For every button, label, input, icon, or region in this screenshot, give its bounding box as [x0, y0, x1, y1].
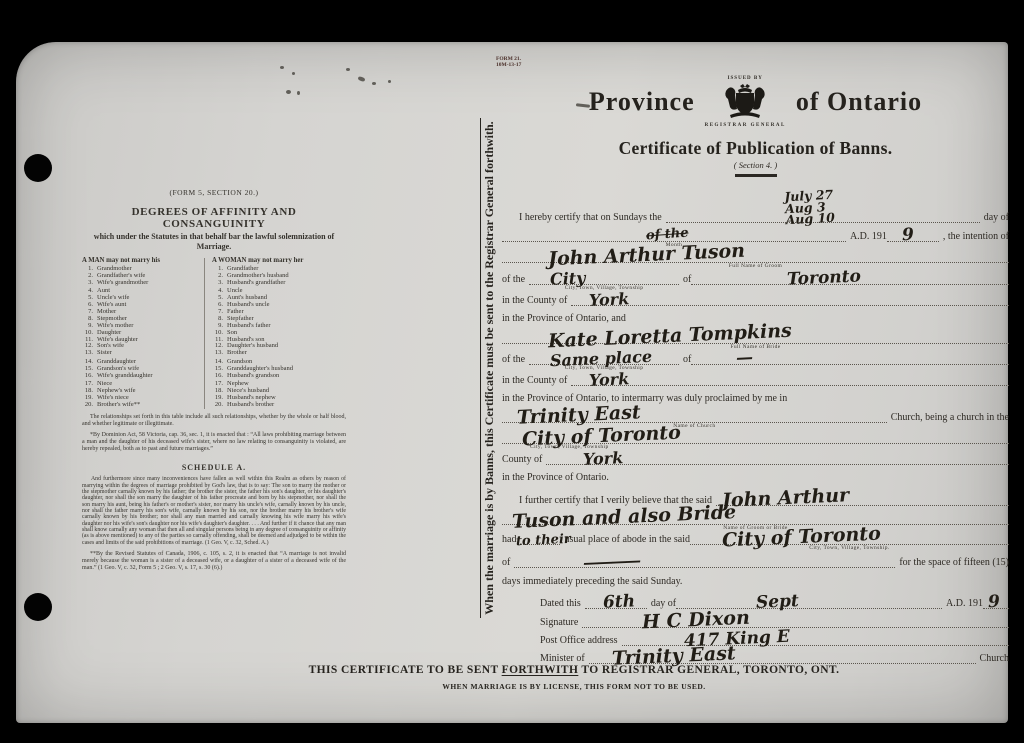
footer-forthwith-underlined: FORTHWITH — [502, 664, 579, 676]
handwritten-year: 9 — [988, 594, 1001, 612]
abode-line: had to their usual place of abode in the… — [502, 532, 1009, 545]
printed-text: for the space of fifteen (15) — [895, 557, 1009, 568]
relationships-note: The relationships set forth in this tabl… — [82, 414, 346, 427]
ink-speck — [280, 66, 284, 69]
list-item-label: Wife's grandmother — [97, 280, 148, 287]
days-preceding-line: days immediately preceding the said Sund… — [502, 574, 1009, 587]
printed-text: in the Province of Ontario, to intermarr… — [502, 393, 791, 404]
printed-text: of — [502, 557, 514, 568]
list-item-number: 20. — [212, 402, 223, 409]
minister-line: Minister of Trinity East Church — [502, 651, 1009, 664]
printed-text: of the — [502, 274, 529, 285]
printed-text: Signature — [540, 617, 582, 628]
handwritten-sunday-dates: July 27 Aug 3 Aug 10 — [784, 188, 835, 225]
said-person-field: John Arthur — [716, 492, 1009, 506]
groom-name-line: John Arthur Tuson Full Name of Groom — [502, 250, 1009, 263]
bride-place-name-field: — — [691, 351, 1009, 365]
day-field: 6th — [585, 595, 647, 609]
bride-place-line: of the Same place City, Town, Village, T… — [502, 352, 1009, 365]
list-item: 13. Sister — [82, 350, 204, 357]
county-line-2: in the County of York — [502, 373, 1009, 386]
list-item: 13. Brother — [212, 350, 346, 357]
list-item: 3. Wife's grandmother — [82, 280, 204, 287]
handwritten-place-name: Toronto — [786, 268, 861, 288]
minister-church-field: Trinity East — [589, 650, 976, 664]
certificate-title: Certificate of Publication of Banns. — [502, 138, 1009, 159]
punch-hole-top — [24, 154, 52, 182]
printed-text: in the Province of Ontario, and — [502, 313, 630, 324]
printed-text: A.D. 191 — [942, 598, 983, 609]
ink-speck — [286, 90, 291, 94]
year-digit-field: 9 — [983, 595, 1009, 609]
certify-line: I hereby certify that on Sundays the Jul… — [502, 210, 1009, 223]
handwritten-date-3: Aug 10 — [785, 211, 835, 225]
groom-place-line: of the City City, Town, Village, Townshi… — [502, 272, 1009, 285]
handwritten-month: Sept — [756, 593, 800, 612]
printed-text: of — [679, 354, 691, 365]
document-page: (FORM 5, SECTION 20.) DEGREES OF AFFINIT… — [16, 42, 1008, 723]
month-field: of the Month — [502, 228, 846, 242]
footer-instructions: THIS CERTIFICATE TO BE SENT FORTHWITH TO… — [300, 664, 848, 691]
ink-speck — [297, 91, 300, 95]
handwritten-county: York — [588, 291, 629, 309]
handwritten-long-dash: ———— — [583, 553, 640, 571]
church-line: Trinity East Name of Church Church, bein… — [502, 410, 1009, 423]
abode-pronoun-field: to their — [520, 531, 560, 545]
schedule-a-text: And furthermore since many inconvenience… — [82, 476, 346, 546]
list-item-number: 16. — [212, 373, 223, 380]
footer-text: TO REGISTRAR GENERAL, TORONTO, ONT. — [581, 664, 839, 676]
groom-name-field: John Arthur Tuson Full Name of Groom — [502, 249, 1009, 263]
woman-column-header: A WOMAN may not marry her — [212, 258, 346, 265]
registrar-general-label: REGISTRAR GENERAL — [705, 123, 786, 128]
month-field: Sept — [676, 595, 942, 609]
sunday-dates-field: July 27 Aug 3 Aug 10 — [666, 209, 980, 223]
punch-hole-bottom — [24, 593, 52, 621]
abode-field-label: City, Town, Village, Township. — [690, 545, 1009, 551]
printed-text: Church, being a church in the — [887, 412, 1009, 423]
scanned-document-background: (FORM 5, SECTION 20.) DEGREES OF AFFINIT… — [0, 0, 1024, 743]
print-code-line: 10M-13-17 — [496, 62, 521, 68]
church-city-field: City of Toronto City, Town, Village, Tow… — [502, 430, 1009, 444]
list-item-number: 3. — [212, 280, 223, 287]
footer-line-2: WHEN MARRIAGE IS BY LICENSE, THIS FORM N… — [300, 682, 848, 691]
county-field: York — [571, 292, 1009, 306]
title-dash-rule — [735, 174, 777, 177]
list-item-number: 3. — [82, 280, 93, 287]
signature-field: H C Dixon — [582, 614, 1009, 628]
printed-text: County of — [502, 454, 546, 465]
certificate-of-banns: FORM 21. 10M-13-17 Province ISSUED BY — [502, 60, 1009, 177]
list-item-label: Brother — [227, 350, 247, 357]
form-reference: (FORM 5, SECTION 20.) — [82, 188, 346, 197]
bride-name-line: Kate Loretta Tompkins Full Name of Bride — [502, 331, 1009, 344]
list-item: 16. Husband's grandson — [212, 373, 346, 380]
handwritten-county: York — [588, 371, 629, 389]
church-city-line: City of Toronto City, Town, Village, Tow… — [502, 431, 1009, 444]
church-name-field: Trinity East Name of Church — [502, 409, 887, 423]
post-office-line: Post Office address 417 King E — [502, 633, 1009, 646]
of-ontario-word: of Ontario — [796, 87, 922, 117]
handwritten-dash: — — [735, 350, 753, 368]
county-line-3: County of York — [502, 452, 1009, 465]
section-reference: ( Section 4. ) — [502, 160, 1009, 170]
ink-speck — [292, 72, 295, 75]
list-item-number: 20. — [82, 402, 93, 409]
province-word: Province — [589, 87, 695, 117]
abode-place-field: City of Toronto City, Town, Village, Tow… — [690, 531, 1009, 545]
schedule-a-title: SCHEDULE A. — [82, 463, 346, 472]
degrees-title: DEGREES OF AFFINITY AND CONSANGUINITY — [82, 206, 346, 230]
printed-text: day of — [980, 212, 1009, 223]
printed-text: I hereby certify that on Sundays the — [502, 212, 666, 223]
signature-line: Signature H C Dixon — [502, 615, 1009, 628]
list-item-label: Brother's wife** — [97, 402, 140, 409]
man-column-header: A MAN may not marry his — [82, 258, 204, 265]
side-note-vertical: When the marriage is by Banns, this Cert… — [480, 118, 499, 618]
list-item-label: Husband's brother — [227, 402, 274, 409]
bride-name-field: Kate Loretta Tompkins Full Name of Bride — [502, 330, 1009, 344]
handwritten-their: to their — [516, 533, 571, 548]
form-number: FORM 21. 10M-13-17 — [496, 56, 521, 68]
degrees-subtitle: which under the Statutes in that behalf … — [82, 232, 346, 251]
handwritten-said-person: John Arthur — [721, 486, 849, 511]
dominion-act-note: *By Dominion Act, 58 Victoria, cap. 36, … — [82, 432, 346, 452]
county-field: York — [571, 372, 1009, 386]
ad-year-line: of the Month A.D. 191 9 , the intention … — [502, 229, 1009, 242]
groom-or-bride-field: Tuson and also Bride Name of Groom or Br… — [502, 511, 1009, 525]
revised-statutes-note: **By the Revised Statutes of Canada, 190… — [82, 551, 346, 571]
handwritten-county: York — [583, 450, 624, 468]
list-item-number: 13. — [82, 350, 93, 357]
printed-text: , the intention of — [939, 231, 1009, 242]
printed-text: Dated this — [540, 598, 585, 609]
coat-of-arms-block: ISSUED BY REGISTRAR GENERAL — [705, 76, 786, 128]
degrees-of-affinity-section: (FORM 5, SECTION 20.) DEGREES OF AFFINIT… — [82, 188, 346, 571]
list-item: 20. Husband's brother — [212, 402, 346, 409]
degrees-table: A MAN may not marry his 1. Grandmother 2… — [82, 258, 346, 409]
handwritten-scribble: of the — [646, 226, 689, 244]
groom-or-bride-line: Tuson and also Bride Name of Groom or Br… — [502, 512, 1009, 525]
ink-speck — [346, 68, 350, 71]
groom-municipality-field: City City, Town, Village, Township — [529, 271, 679, 285]
printed-text: days immediately preceding the said Sund… — [502, 576, 686, 587]
proclaimed-line: in the Province of Ontario, to intermarr… — [502, 391, 1009, 404]
dated-line: Dated this 6th day of Sept A.D. 191 9 — [502, 596, 1009, 609]
footer-text: THIS CERTIFICATE TO BE SENT — [309, 664, 499, 676]
ink-speck — [358, 76, 366, 82]
man-list: 1. Grandmother 2. Grandfather's wife 3. — [82, 266, 204, 409]
list-item: 16. Wife's granddaughter — [82, 373, 204, 380]
list-item: 3. Husband's grandfather — [212, 280, 346, 287]
printed-text: usual place of abode in the said — [560, 534, 690, 545]
list-item: 20. Brother's wife** — [82, 402, 204, 409]
printed-text: Minister of — [540, 653, 589, 664]
ontario-coat-of-arms-icon — [722, 81, 768, 121]
list-item-label: Husband's grandfather — [227, 280, 285, 287]
ink-speck — [372, 82, 376, 85]
groom-place-name-field: Toronto — [691, 271, 1009, 285]
list-item-number: 13. — [212, 350, 223, 357]
province-header: Province ISSUED BY REGISTRAR GENE — [502, 76, 1009, 128]
printed-text: of — [679, 274, 691, 285]
printed-text: day of — [647, 598, 676, 609]
list-item-label: Wife's granddaughter — [97, 373, 153, 380]
list-item-label: Husband's grandson — [227, 373, 279, 380]
list-item-number: 16. — [82, 373, 93, 380]
woman-column: A WOMAN may not marry her 1. Grandfather… — [204, 258, 346, 409]
list-item-label: Sister — [97, 350, 112, 357]
province-only-line: in the Province of Ontario. — [502, 470, 1009, 483]
printed-text: in the Province of Ontario. — [502, 472, 613, 483]
printed-text: Church — [976, 653, 1009, 664]
year-digit-field: 9 — [887, 228, 939, 242]
handwritten-day: 6th — [603, 593, 636, 611]
man-column: A MAN may not marry his 1. Grandmother 2… — [82, 258, 204, 409]
space-of-fifteen-line: of ———— for the space of fifteen (15) — [502, 555, 1009, 568]
further-certify-line: I further certify that I verily believe … — [502, 493, 1009, 506]
footer-line-1: THIS CERTIFICATE TO BE SENT FORTHWITH TO… — [300, 664, 848, 676]
church-city-field-label: City, Town, Village, Township — [502, 444, 1009, 450]
handwritten-year: 9 — [902, 227, 915, 245]
printed-text: Post Office address — [540, 635, 622, 646]
ink-speck — [388, 80, 391, 83]
woman-list: 1. Grandfather 2. Grandmother's husband … — [212, 266, 346, 409]
county-line-1: in the County of York — [502, 293, 1009, 306]
bride-municipality-field: Same place City, Town, Village, Township — [529, 351, 679, 365]
printed-text: of the — [502, 354, 529, 365]
duration-field: ———— — [514, 554, 895, 568]
county-field: York — [546, 451, 1009, 465]
printed-text: in the County of — [502, 375, 571, 386]
printed-text: A.D. 191 — [846, 231, 887, 242]
printed-text: in the County of — [502, 295, 571, 306]
certificate-body: I hereby certify that on Sundays the Jul… — [502, 210, 1009, 664]
